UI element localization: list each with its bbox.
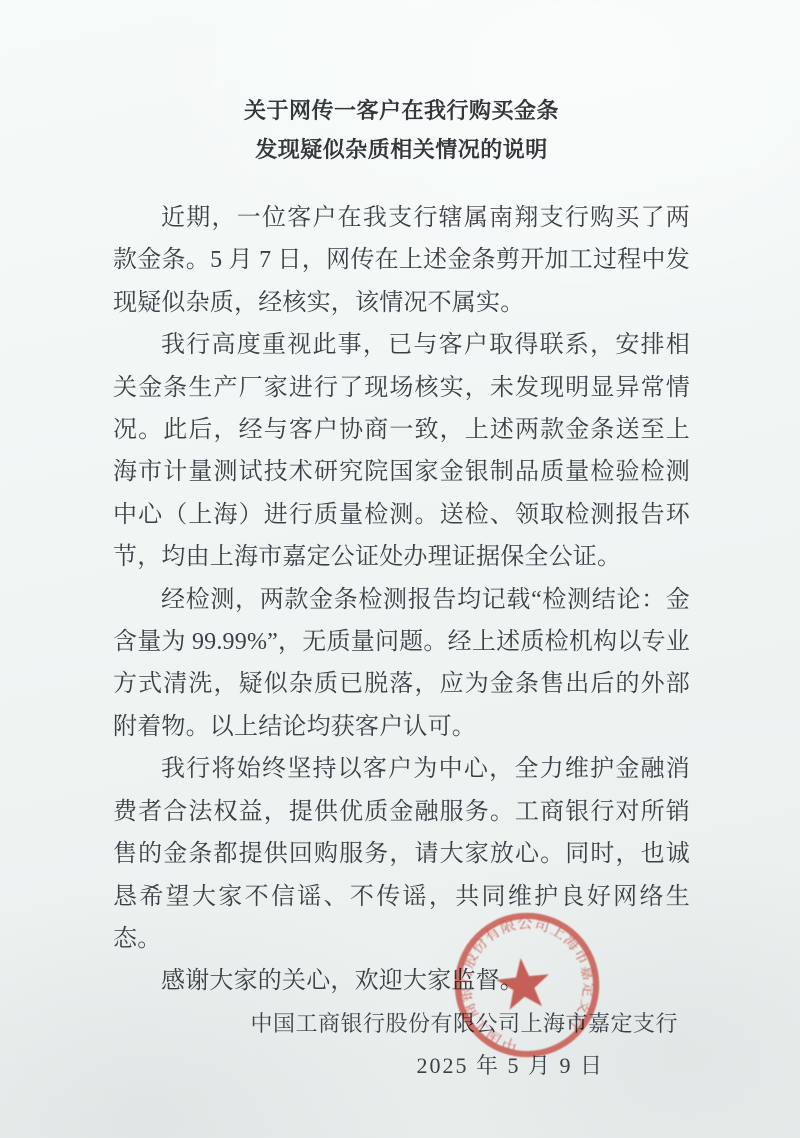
document-body: 近期，一位客户在我支行辖属南翔支行购买了两款金条。5 月 7 日，网传在上述金条…	[113, 197, 690, 1088]
title-line-1: 关于网传一客户在我行购买金条	[113, 92, 690, 131]
paragraph-commitment: 我行将始终坚持以客户为中心，全力维护金融消费者合法权益，提供优质金融服务。工商银…	[113, 748, 690, 960]
paragraph-thanks: 感谢大家的关心，欢迎大家监督。	[113, 960, 690, 1002]
official-statement-page: 关于网传一客户在我行购买金条 发现疑似杂质相关情况的说明 近期，一位客户在我支行…	[0, 0, 800, 1138]
signature-date: 2025 年 5 月 9 日	[113, 1045, 690, 1087]
signature-org-name: 中国工商银行股份有限公司上海市嘉定支行	[113, 1003, 690, 1045]
paragraph-incident: 近期，一位客户在我支行辖属南翔支行购买了两款金条。5 月 7 日，网传在上述金条…	[113, 197, 690, 324]
document-title: 关于网传一客户在我行购买金条 发现疑似杂质相关情况的说明	[113, 92, 690, 170]
title-line-2: 发现疑似杂质相关情况的说明	[113, 131, 690, 170]
paragraph-verification: 我行高度重视此事，已与客户取得联系，安排相关金条生产厂家进行了现场核实，未发现明…	[113, 324, 690, 578]
paragraph-test-result: 经检测，两款金条检测报告均记载“检测结论：金含量为 99.99%”，无质量问题。…	[113, 579, 690, 749]
